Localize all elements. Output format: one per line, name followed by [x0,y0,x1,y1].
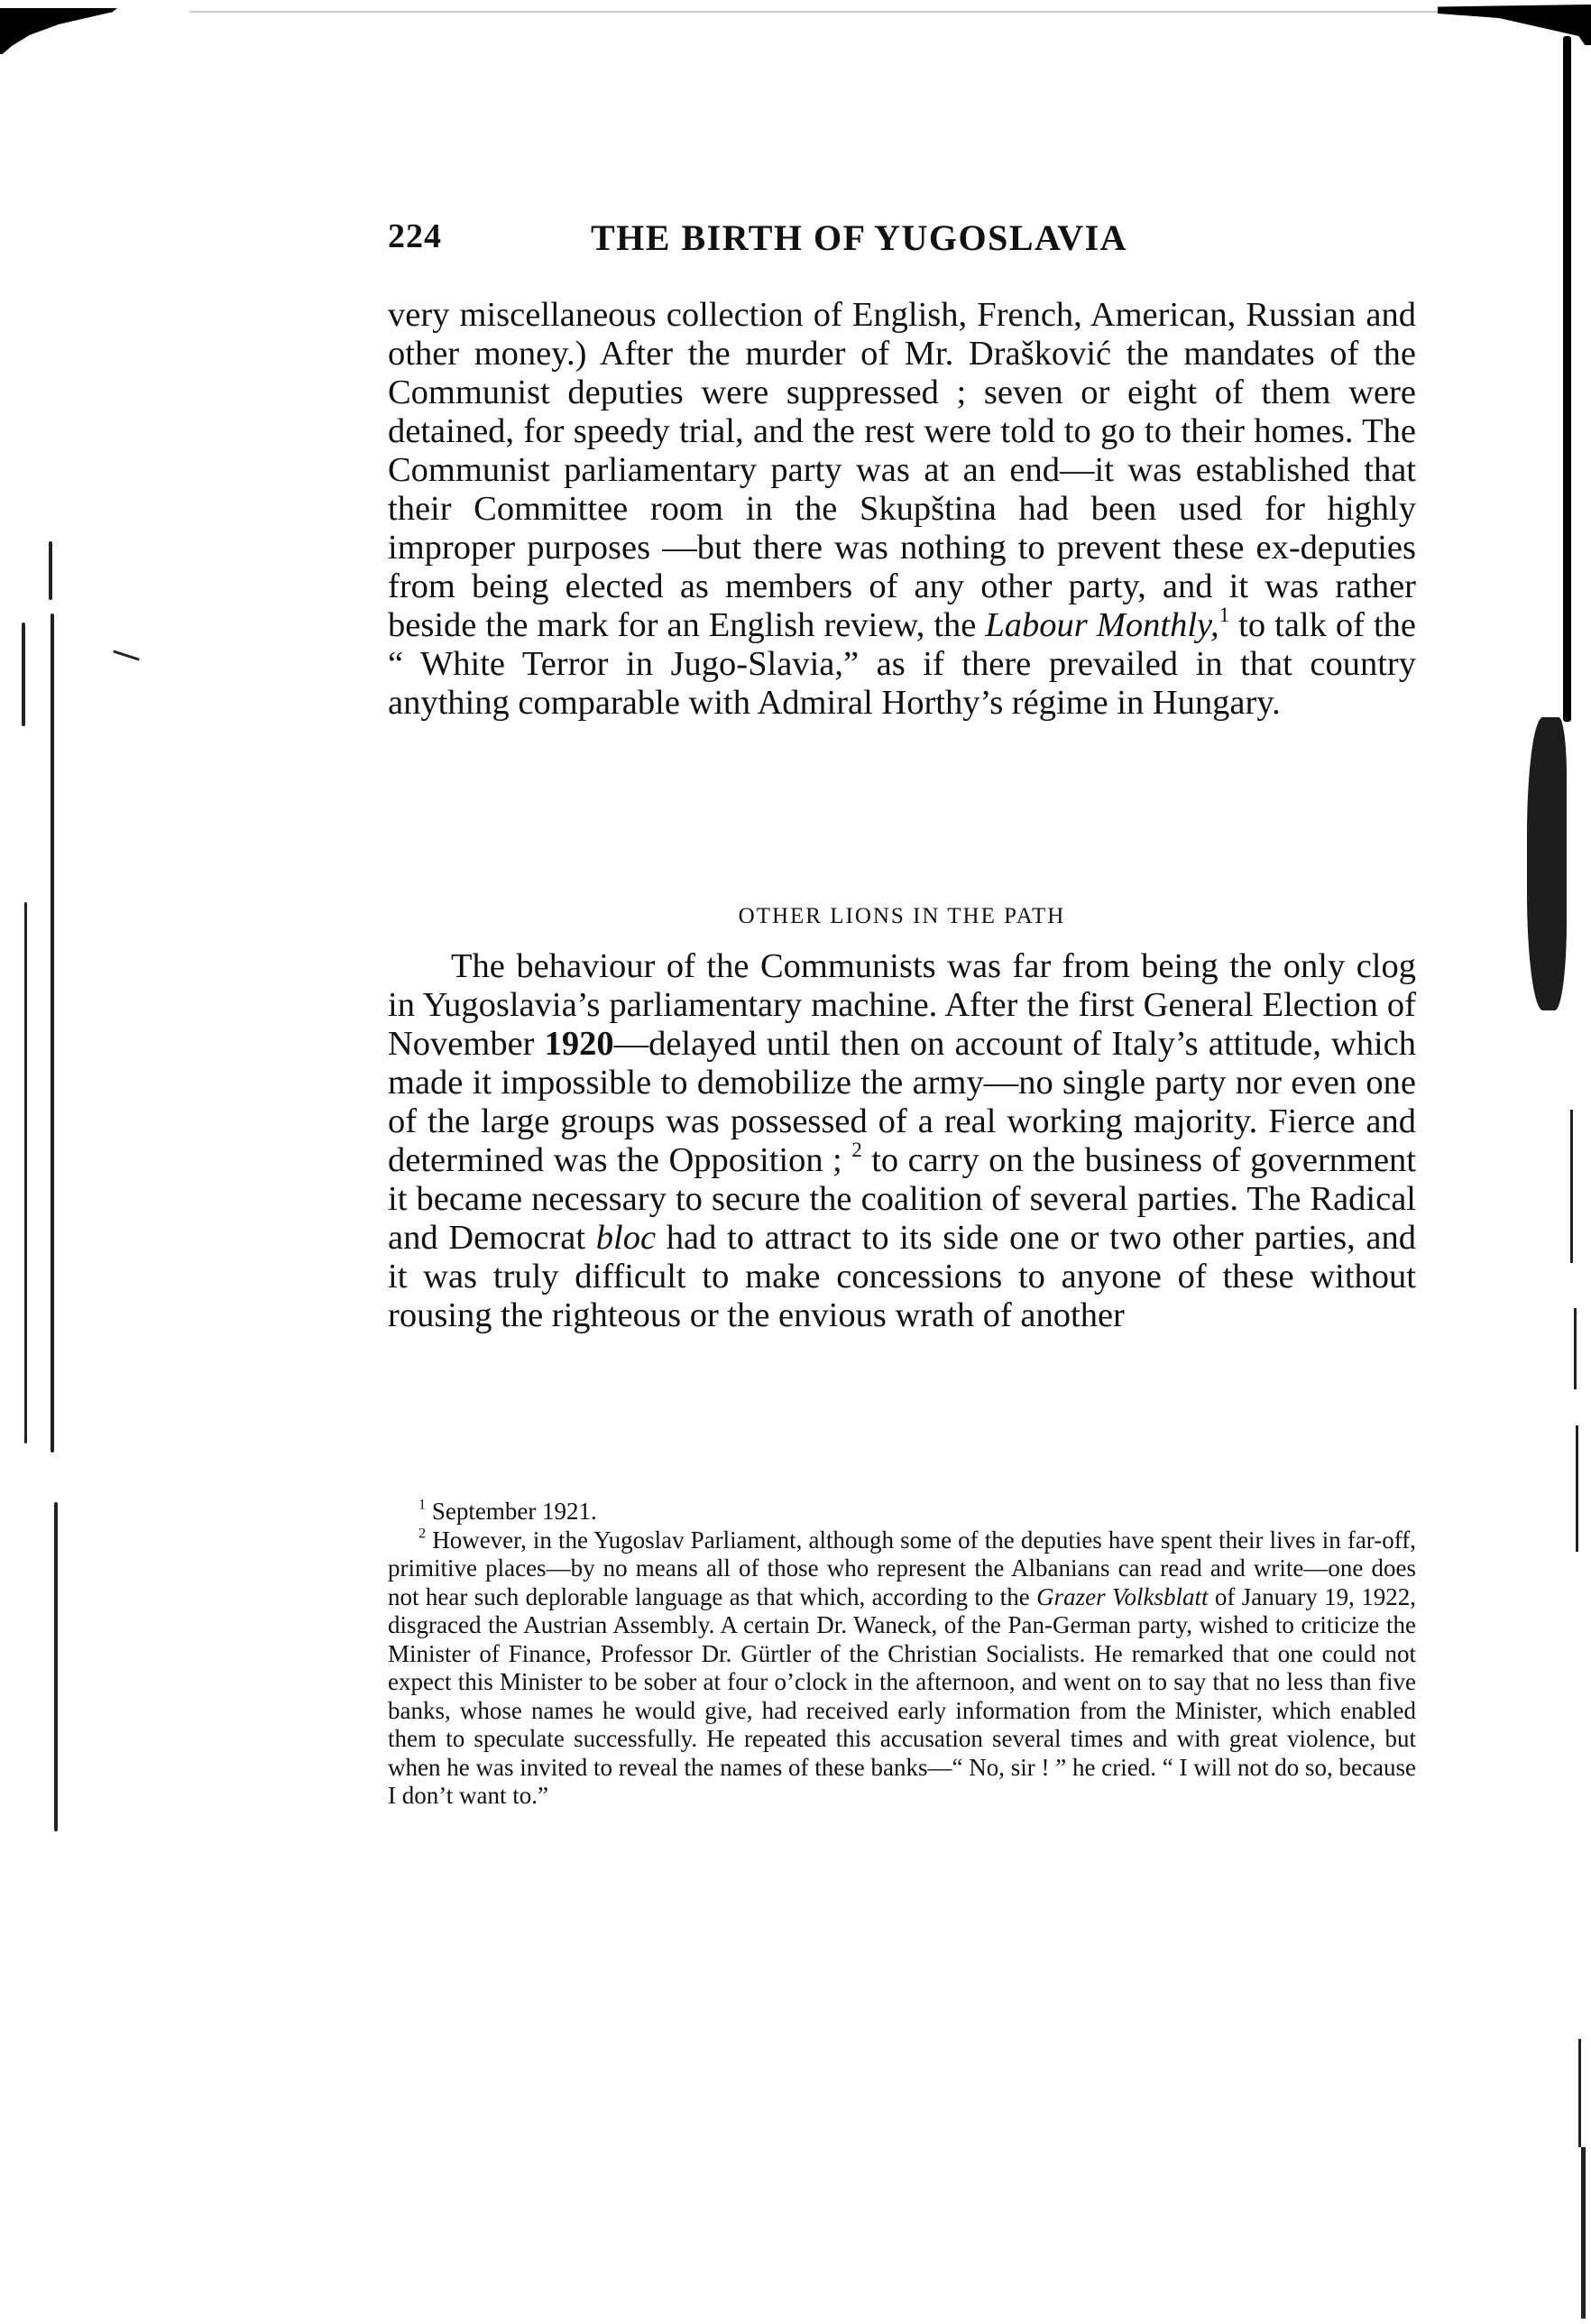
scan-mark [113,650,139,660]
footnote-2: 2 However, in the Yugoslav Parliament, a… [388,1526,1416,1811]
scan-edge-left-fragment [49,541,52,600]
page-number: 224 [388,217,442,256]
scan-edge-right-fragment [1576,1425,1578,1552]
footnote-ref-2: 2 [851,1138,862,1161]
scan-edge-right-fragment [1574,1308,1577,1389]
footnote-marker: 1 [418,1497,426,1513]
footnote-1: 1 September 1921. [388,1498,1416,1526]
newspaper-title: Grazer Volksblatt [1036,1583,1208,1610]
italic-term: bloc [596,1219,656,1257]
running-header: 224 THE BIRTH OF YUGOSLAVIA [388,217,1416,271]
footnote-text: of January 19, 1922, disgraced the Austr… [388,1583,1416,1810]
footnote-marker: 2 [418,1525,426,1541]
scanned-book-page: 224 THE BIRTH OF YUGOSLAVIA very miscell… [0,0,1591,2324]
footnotes: 1 September 1921. 2 However, in the Yugo… [388,1498,1416,1811]
scan-edge-left-line [54,1502,58,1831]
scan-edge-right-fragment [1581,2147,1586,2319]
year-bold: 1920 [545,1025,614,1063]
footnote-ref-1: 1 [1219,603,1230,626]
section-heading: OTHER LIONS IN THE PATH [388,904,1416,929]
footnote-text: September 1921. [426,1498,597,1525]
text-run: very miscellaneous collection of English… [388,296,1416,644]
running-title: THE BIRTH OF YUGOSLAVIA [591,217,1127,259]
body-paragraph: The behaviour of the Communists was far … [388,947,1416,1335]
scan-shadow-top-left [0,0,117,54]
scan-edge-left-fragment [22,622,25,726]
scan-edge-right-fragment [1570,1110,1573,1263]
periodical-title: Labour Monthly, [985,606,1219,644]
body-paragraph-continued: very miscellaneous collection of English… [388,296,1416,723]
scan-edge-right [1563,36,1571,722]
scan-edge-left-line [24,902,27,1443]
scan-edge-right-fragment [1578,2039,1581,2147]
scan-edge-left-line [51,613,54,1452]
scan-edge-top [189,11,1452,13]
scan-blot-right [1527,717,1567,1010]
